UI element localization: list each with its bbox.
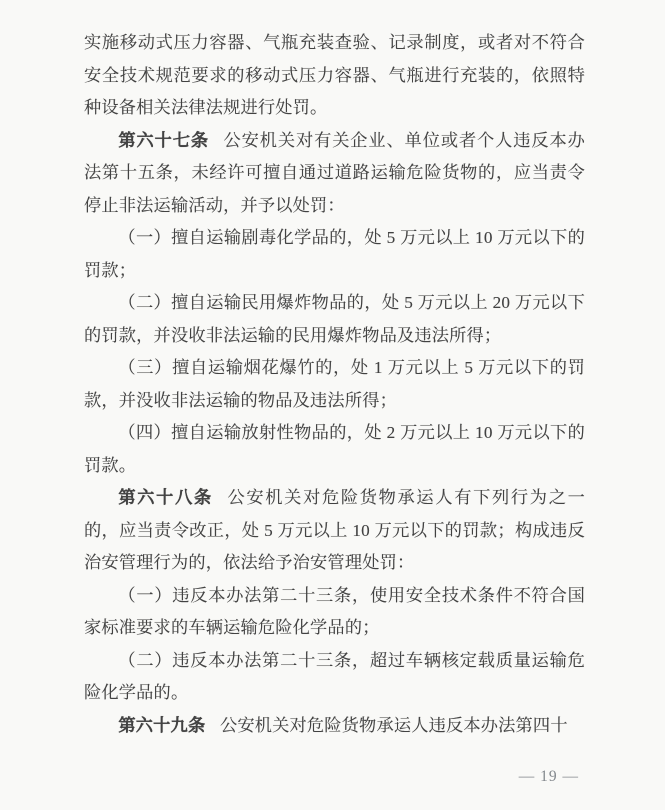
paragraph-item-1: （一）违反本办法第二十三条，使用安全技术条件不符合国家标准要求的车辆运输危险化学… [84,580,585,645]
paragraph-text: 公安机关对危险货物承运人违反本办法第四十 [220,716,568,735]
paragraph-text: （三）擅自运输烟花爆竹的，处 1 万元以上 5 万元以下的罚款，并没收非法运输的… [84,358,585,410]
paragraph-text: （四）擅自运输放射性物品的，处 2 万元以上 10 万元以下的罚款。 [84,423,585,475]
page-number: — 19 — [519,768,579,786]
paragraph-item-3: （三）擅自运输烟花爆竹的，处 1 万元以上 5 万元以下的罚款，并没收非法运输的… [84,352,585,417]
paragraph-item-2: （二）违反本办法第二十三条，超过车辆核定载质量运输危险化学品的。 [84,645,585,710]
article-number-label: 第六十八条 [118,488,212,507]
paragraph-article-67: 第六十七条公安机关对有关企业、单位或者个人违反本办法第十五条，未经许可擅自通过道… [84,125,585,223]
paragraph-text: （一）违反本办法第二十三条，使用安全技术条件不符合国家标准要求的车辆运输危险化学… [84,586,585,638]
document-body-text: 实施移动式压力容器、气瓶充装查验、记录制度，或者对不符合安全技术规范要求的移动式… [84,27,585,742]
scanned-document-page: 实施移动式压力容器、气瓶充装查验、记录制度，或者对不符合安全技术规范要求的移动式… [0,0,665,810]
paragraph-article-69: 第六十九条公安机关对危险货物承运人违反本办法第四十 [84,710,585,743]
paragraph-item-4: （四）擅自运输放射性物品的，处 2 万元以上 10 万元以下的罚款。 [84,417,585,482]
paragraph-text: （一）擅自运输剧毒化学品的，处 5 万元以上 10 万元以下的罚款； [84,228,585,280]
paragraph-text: （二）擅自运输民用爆炸物品的，处 5 万元以上 20 万元以下的罚款，并没收非法… [84,293,585,345]
paragraph-article-68: 第六十八条公安机关对危险货物承运人有下列行为之一的，应当责令改正，处 5 万元以… [84,482,585,580]
article-number-label: 第六十九条 [118,716,205,735]
paragraph-text: （二）违反本办法第二十三条，超过车辆核定载质量运输危险化学品的。 [84,651,585,703]
paragraph-item-2: （二）擅自运输民用爆炸物品的，处 5 万元以上 20 万元以下的罚款，并没收非法… [84,287,585,352]
paragraph: 实施移动式压力容器、气瓶充装查验、记录制度，或者对不符合安全技术规范要求的移动式… [84,27,585,125]
article-number-label: 第六十七条 [118,131,209,150]
paragraph-text: 实施移动式压力容器、气瓶充装查验、记录制度，或者对不符合安全技术规范要求的移动式… [84,33,585,117]
paragraph-item-1: （一）擅自运输剧毒化学品的，处 5 万元以上 10 万元以下的罚款； [84,222,585,287]
